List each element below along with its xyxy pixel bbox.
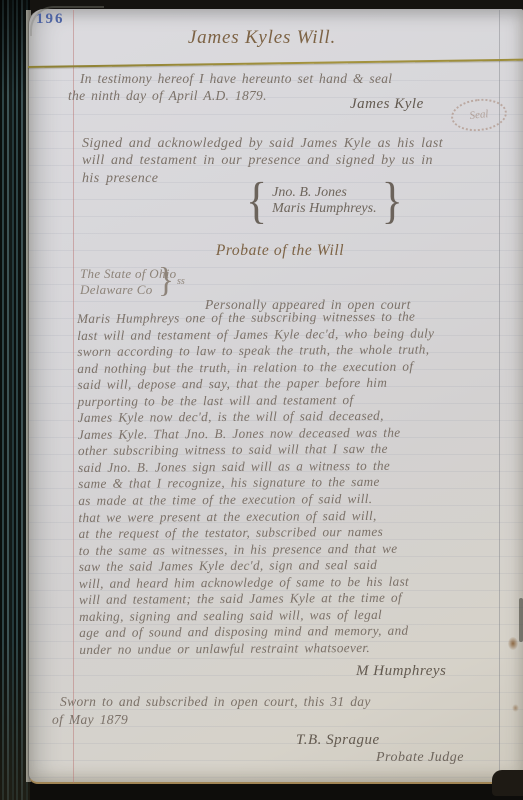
jurat-paragraph: Sworn to and subscribed in open court, t… (52, 693, 371, 728)
handwritten-line: said Jno. B. Jones sign said will as a w… (78, 457, 435, 476)
handwritten-line: sworn according to law to speak the trut… (77, 342, 434, 361)
handwritten-line: Signed and acknowledged by said James Ky… (82, 135, 443, 152)
probate-heading: Probate of the Will (160, 242, 400, 260)
testator-signature: James Kyle (350, 96, 424, 113)
seal-label: Seal (469, 108, 489, 122)
handwritten-line: will and testament; the said James Kyle … (79, 590, 436, 609)
handwritten-line: of May 1879 (52, 711, 371, 729)
foxing-spot (508, 637, 518, 650)
witness-signature-1: Jno. B. Jones (272, 185, 376, 202)
witness-signature-2: Maris Humphreys. (272, 201, 376, 218)
red-margin-rule (73, 10, 74, 783)
probate-deposition-body: Maris Humphreys one of the subscribing w… (77, 309, 437, 659)
handwritten-line: to the same as witnesses, in his presenc… (79, 540, 436, 559)
page-edge-nick (519, 598, 523, 642)
venue-brace-icon: } (158, 262, 174, 301)
book-cover-corner (492, 770, 523, 796)
deponent-signature: M Humphreys (356, 663, 446, 680)
handwritten-line: age and of sound and disposing mind and … (79, 623, 436, 642)
brace-right-icon: } (382, 178, 403, 224)
handwritten-line: In testimony hereof I have hereunto set … (68, 70, 392, 87)
brace-left-icon: { (246, 178, 267, 224)
venue-ss-abbreviation: ss (177, 276, 185, 287)
foxing-spot (512, 704, 519, 712)
judge-signature: T.B. Sprague (296, 732, 380, 749)
handwritten-line: Maris Humphreys one of the subscribing w… (77, 309, 434, 328)
testimonium-paragraph: In testimony hereof I have hereunto set … (68, 70, 392, 104)
judge-title: Probate Judge (376, 750, 464, 766)
handwritten-line: will and testament in our presence and s… (82, 152, 443, 169)
right-page-edge-line (499, 10, 500, 782)
handwritten-line: at the request of the testator, subscrib… (79, 524, 436, 543)
handwritten-line: the ninth day of April A.D. 1879. (68, 87, 392, 104)
handwritten-line: said will, depose and say, that the pape… (77, 375, 434, 394)
handwritten-line: under no undue or unlawful restraint wha… (79, 639, 436, 658)
handwritten-line: Sworn to and subscribed in open court, t… (52, 693, 371, 711)
scanned-ledger-photo: 196 James Kyles Will. In testimony hereo… (0, 0, 523, 800)
witness-signature-block: { Jno. B. Jones Maris Humphreys. } (246, 181, 403, 221)
page-number: 196 (36, 11, 65, 28)
witness-names: Jno. B. Jones Maris Humphreys. (272, 185, 376, 218)
page-title: James Kyles Will. (150, 27, 374, 49)
